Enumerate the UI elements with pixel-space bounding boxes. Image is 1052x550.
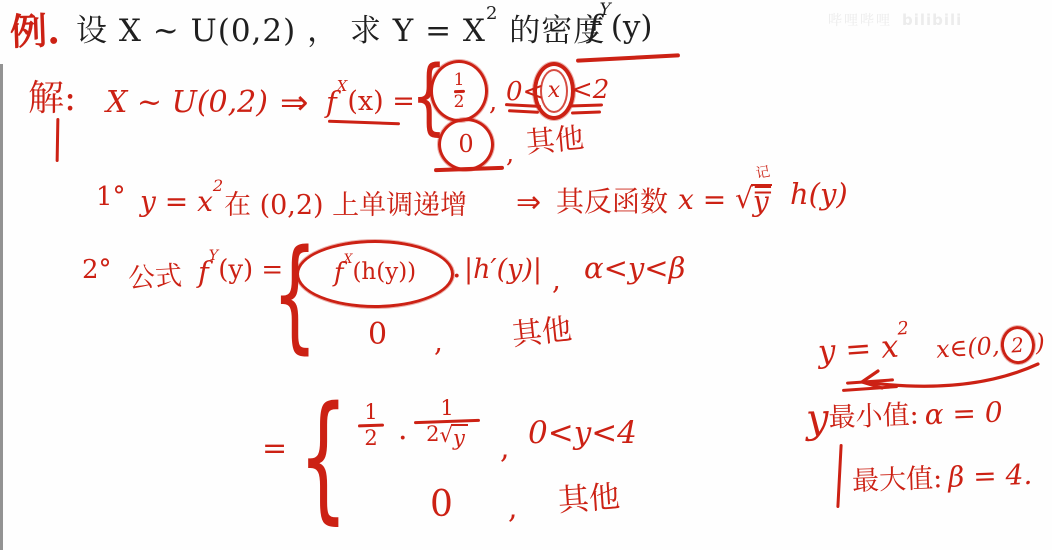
scribble-ring	[540, 69, 568, 113]
solve-label: 解:	[28, 78, 76, 119]
implies-arrow-icon: ⇒	[280, 84, 309, 123]
red-underline-title	[576, 53, 680, 62]
condition-right: <2	[571, 76, 609, 106]
example-label: 例.	[9, 9, 60, 53]
watermark-text: 哔哩哔哩	[828, 13, 892, 29]
multiply-dot: ·	[398, 422, 408, 457]
circle-around-fx-h: fX(h(y))	[296, 240, 454, 308]
fy-symbol: f	[198, 256, 209, 289]
given-distribution: X ~ U(0,2)	[106, 86, 268, 121]
otherwise-text: 其他	[557, 480, 621, 520]
circle-around-x: x	[533, 62, 575, 120]
sqrt-arg: y	[451, 424, 468, 450]
circle-around-zero: 0	[438, 118, 494, 171]
handwritten-note-frame: 哔哩哔哩 bilibili 例. 设 X ~ U(0,2) ， 求 Y = X2…	[0, 0, 1052, 550]
arrow-to-x-squared-icon	[850, 356, 1042, 398]
comma: ,	[508, 492, 518, 527]
equals-sign: =	[262, 432, 287, 467]
margin-min-value: α = 0	[924, 396, 1003, 431]
emphasis-underline	[508, 109, 539, 113]
denominator: 2	[364, 428, 377, 449]
margin-exp: 2	[897, 329, 908, 330]
inverse-lhs: x =	[678, 184, 735, 216]
margin-min-y: y	[805, 401, 829, 438]
fx-symbol: f	[326, 86, 337, 119]
numerator: 1	[364, 402, 377, 423]
fraction-one-half: 1 2	[358, 402, 384, 449]
margin-min-label: 最小值:	[828, 400, 919, 434]
domain-close: )	[1034, 329, 1045, 357]
margin-max-value: β = 4.	[948, 459, 1033, 494]
fx-symbol: f	[334, 259, 344, 289]
numerator: 1	[440, 398, 453, 419]
zero-value: 0	[368, 318, 387, 353]
emphasis-underline	[571, 110, 601, 114]
domain-endpoint: 2	[1010, 333, 1024, 357]
fraction-bar	[454, 89, 465, 92]
otherwise-text: 其他	[525, 122, 586, 160]
piecewise-brace: {	[298, 392, 348, 523]
fx-h-args: (h(y))	[352, 259, 416, 285]
otherwise-text: 其他	[510, 313, 573, 354]
pen-stroke	[836, 444, 842, 508]
abs-h-prime: |h′(y)|	[464, 254, 542, 285]
alpha-beta-condition: α<y<β	[584, 252, 685, 285]
half-numerator: 1	[454, 72, 465, 89]
fx-args: (x) =	[347, 86, 415, 117]
y-range-condition: 0<y<4	[528, 416, 637, 452]
fraction-bar	[358, 424, 384, 428]
half-denominator: 2	[454, 94, 465, 111]
title-density-f: f	[588, 10, 599, 46]
pen-stroke	[56, 118, 59, 162]
inverse-function-text: 其反函数	[556, 186, 668, 218]
comma: ,	[434, 326, 443, 358]
fraction-one-over-2sqrty: 1 2√y	[414, 398, 480, 450]
video-edge-strip	[0, 64, 3, 550]
formula-label: 公式	[127, 261, 183, 295]
red-underline-fx	[328, 120, 400, 126]
implies-arrow-icon: ⇒	[516, 186, 541, 221]
circle-around-half: 1 2	[430, 60, 488, 122]
denote-eq: =	[752, 180, 774, 201]
comma: ,	[552, 264, 561, 296]
comma: ,	[506, 140, 514, 170]
step1-marker: 1°	[96, 183, 126, 213]
den-coefficient: 2	[426, 424, 439, 445]
watermark: 哔哩哔哩 bilibili	[828, 12, 962, 29]
denote-label: 记	[755, 165, 771, 181]
zero-value: 0	[430, 484, 453, 525]
monotonic-text: 在 (0,2) 上单调递增	[224, 190, 467, 221]
margin-max-label: 最大值:	[852, 463, 943, 497]
comma: ,	[489, 88, 497, 118]
multiply-dot: ·	[452, 260, 462, 295]
zero-value: 0	[458, 131, 473, 159]
denoted-as-equals: 记 =	[752, 166, 774, 201]
step1-eq: y = x	[140, 186, 213, 218]
comma: ,	[500, 432, 510, 467]
emphasis-underline	[568, 103, 603, 107]
bilibili-logo: bilibili	[902, 12, 962, 29]
h-function: h(y)	[790, 178, 848, 211]
title-text: 设 X ~ U(0,2) ， 求 Y = X	[76, 14, 486, 50]
step2-marker: 2°	[82, 256, 112, 286]
title-density-args: (y)	[611, 10, 653, 46]
